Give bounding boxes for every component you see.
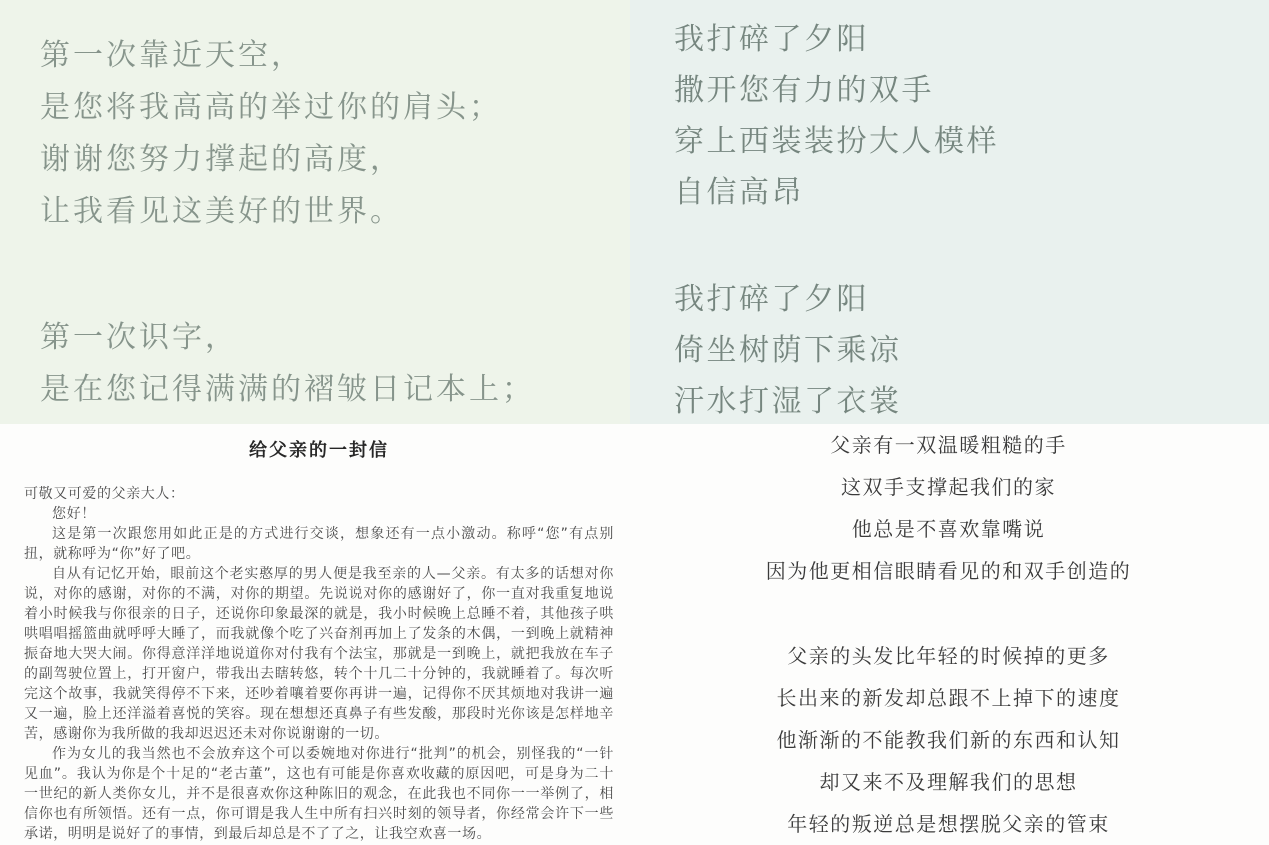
poem-line: 却又来不及理解我们的思想 <box>628 761 1269 803</box>
poem-stanza: 我打碎了夕阳撒开您有力的双手穿上西装装扮大人模样自信高昂 <box>674 14 1269 218</box>
letter-paragraph: 可敬又可爱的父亲大人： <box>24 484 614 504</box>
poem-stanza: 第一次识字，是在您记得满满的褶皱日记本上； <box>40 312 630 416</box>
letter-paragraph: 这是第一次跟您用如此正是的方式进行交谈，想象还有一点小激动。称呼“您”有点别扭，… <box>24 524 614 564</box>
poem-line: 撒开您有力的双手 <box>674 65 1269 116</box>
poem-line: 这双手支撑起我们的家 <box>628 466 1269 508</box>
poem-stanza: 父亲有一双温暖粗糙的手这双手支撑起我们的家他总是不喜欢靠嘴说因为他更相信眼睛看见… <box>628 424 1269 592</box>
poem-line: 年轻的叛逆总是想摆脱父亲的管束 <box>628 803 1269 845</box>
letter-title: 给父亲的一封信 <box>24 436 614 462</box>
poem-line: 让我看见这美好的世界。 <box>40 186 630 238</box>
letter-paragraph: 您好！ <box>24 504 614 524</box>
poem-stanza: 第一次靠近天空，是您将我高高的举过你的肩头；谢谢您努力撑起的高度，让我看见这美好… <box>40 30 630 238</box>
top-right-poem-panel: 我打碎了夕阳撒开您有力的双手穿上西装装扮大人模样自信高昂我打碎了夕阳倚坐树荫下乘… <box>630 0 1269 424</box>
poem-line: 是您将我高高的举过你的肩头； <box>40 82 630 134</box>
letter-paragraph: 作为女儿的我当然也不会放弃这个可以委婉地对你进行“批判”的机会，别怪我的“一针见… <box>24 744 614 844</box>
poem-line: 倚坐树荫下乘凉 <box>674 325 1269 376</box>
poem-line: 我打碎了夕阳 <box>674 14 1269 65</box>
letter-body: 可敬又可爱的父亲大人：您好！这是第一次跟您用如此正是的方式进行交谈，想象还有一点… <box>24 484 614 844</box>
bottom-right-poem-panel: 父亲有一双温暖粗糙的手这双手支撑起我们的家他总是不喜欢靠嘴说因为他更相信眼睛看见… <box>628 424 1269 845</box>
poem-line: 是在您记得满满的褶皱日记本上； <box>40 364 630 416</box>
poem-line: 因为他更相信眼睛看见的和双手创造的 <box>628 550 1269 592</box>
top-left-poem-panel: 第一次靠近天空，是您将我高高的举过你的肩头；谢谢您努力撑起的高度，让我看见这美好… <box>0 0 630 424</box>
letter-paragraph: 自从有记忆开始，眼前这个老实憨厚的男人便是我至亲的人—父亲。有太多的话想对你说，… <box>24 564 614 744</box>
poem-line: 长出来的新发却总跟不上掉下的速度 <box>628 677 1269 719</box>
poem-line: 自信高昂 <box>674 167 1269 218</box>
poem-line: 父亲有一双温暖粗糙的手 <box>628 424 1269 466</box>
poem-stanza: 我打碎了夕阳倚坐树荫下乘凉汗水打湿了衣裳 <box>674 274 1269 424</box>
poem-line: 他渐渐的不能教我们新的东西和认知 <box>628 719 1269 761</box>
poem-line: 第一次识字， <box>40 312 630 364</box>
letter-panel: 给父亲的一封信 可敬又可爱的父亲大人：您好！这是第一次跟您用如此正是的方式进行交… <box>0 424 628 845</box>
poem-line: 谢谢您努力撑起的高度， <box>40 134 630 186</box>
poem-line: 第一次靠近天空， <box>40 30 630 82</box>
poem-line: 他总是不喜欢靠嘴说 <box>628 508 1269 550</box>
poem-stanza: 父亲的头发比年轻的时候掉的更多长出来的新发却总跟不上掉下的速度他渐渐的不能教我们… <box>628 635 1269 845</box>
poem-line: 我打碎了夕阳 <box>674 274 1269 325</box>
poem-line: 父亲的头发比年轻的时候掉的更多 <box>628 635 1269 677</box>
poem-line: 穿上西装装扮大人模样 <box>674 116 1269 167</box>
poem-line: 汗水打湿了衣裳 <box>674 376 1269 424</box>
collage-page: 第一次靠近天空，是您将我高高的举过你的肩头；谢谢您努力撑起的高度，让我看见这美好… <box>0 0 1269 845</box>
